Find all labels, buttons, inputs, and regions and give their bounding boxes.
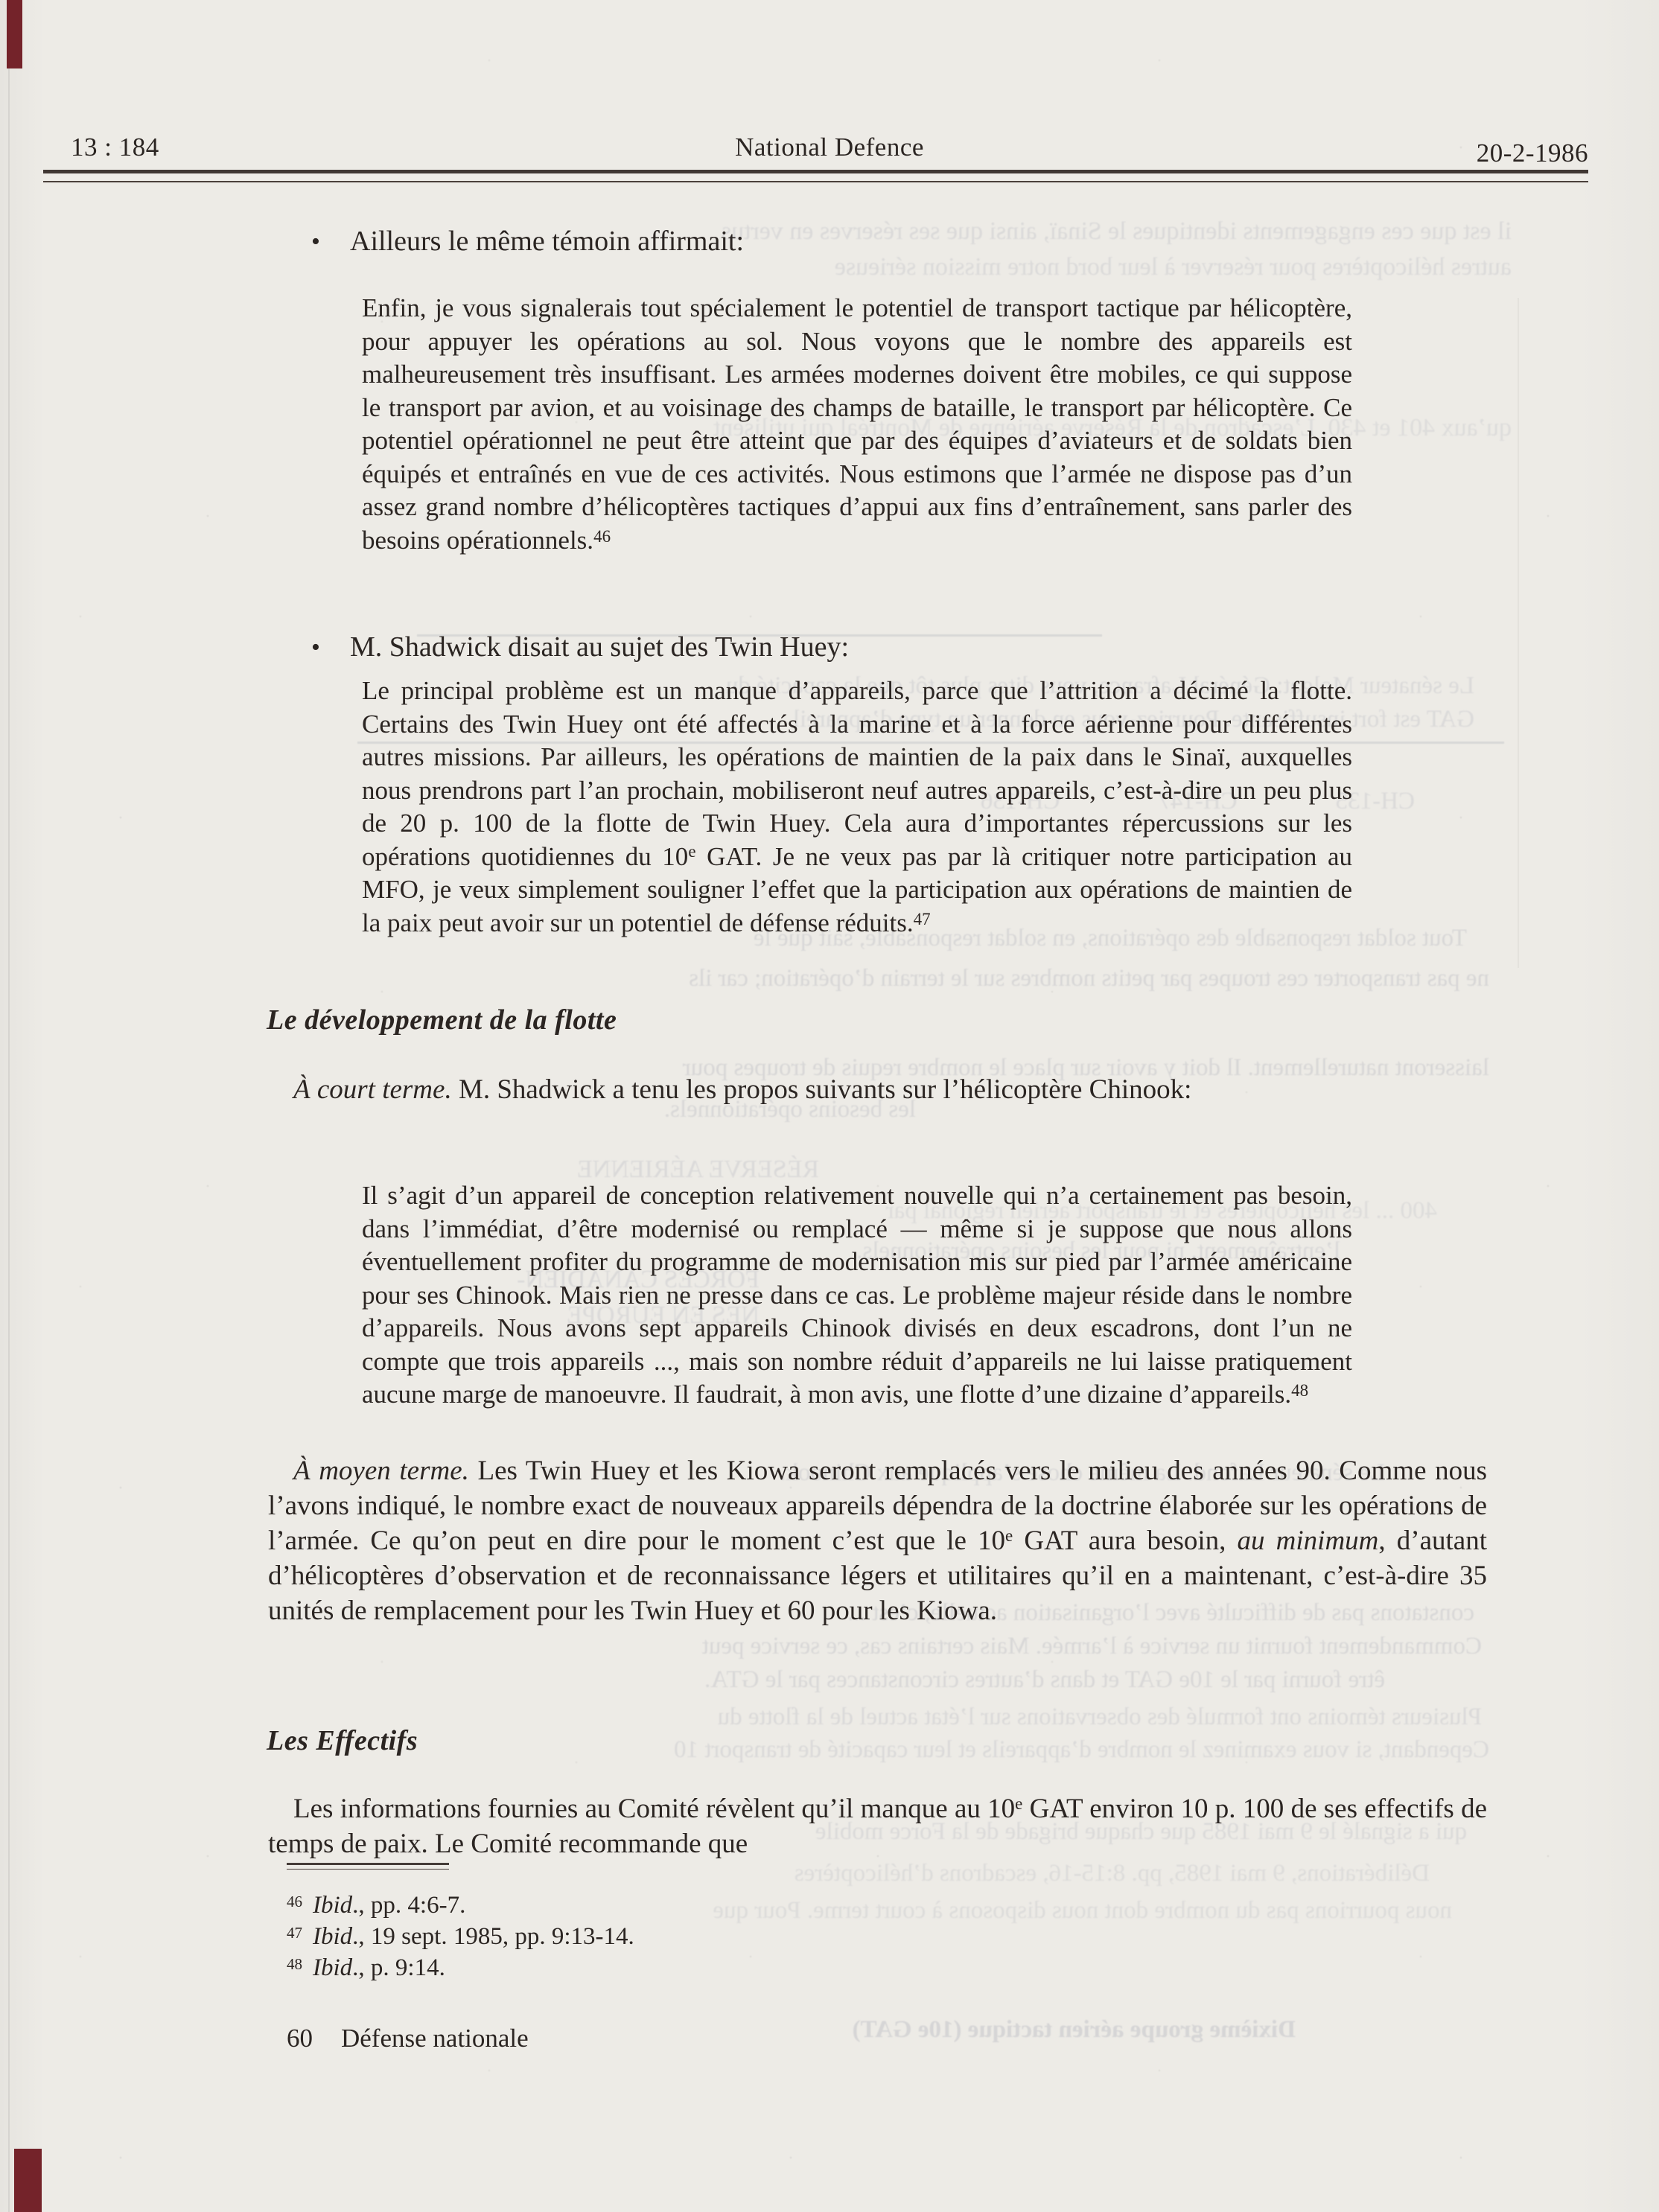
paper-crease [1518, 298, 1519, 968]
footnote-48: 48Ibid., p. 9:14. [287, 1949, 1478, 1983]
footnote-number: 47 [287, 1924, 302, 1942]
footer-title: Défense nationale [341, 2024, 529, 2053]
bullet-dot: • [311, 224, 350, 260]
footnote-number: 46 [287, 1893, 302, 1910]
header-title: National Defence [0, 133, 1659, 162]
bullet-item-2: •M. Shadwick disait au sujet des Twin Hu… [311, 629, 1488, 666]
footnote-ref-48: 48 [1291, 1381, 1308, 1400]
paragraph-lead-italic: À moyen terme. [293, 1456, 469, 1486]
blockquote-2: Le principal problème est un manque d’ap… [362, 675, 1352, 940]
paragraph-lead-italic: À court terme. [293, 1074, 452, 1105]
bleedthrough-text: Dixième groupe aérien tactique (10e GAT) [477, 2016, 1296, 2044]
bleedthrough-text: être fourni par le 10e GAT et dans d’aut… [328, 1666, 1385, 1694]
ordinal-sup: e [688, 842, 695, 861]
blockquote-3: Il s’agit d’un appareil de conception re… [362, 1179, 1352, 1412]
header-date: 20-2-1986 [1477, 138, 1588, 168]
ordinal-sup: e [1015, 1794, 1022, 1813]
red-corner-mark-top [7, 0, 22, 68]
page-footer: 60Défense nationale [287, 2024, 529, 2053]
footnote-46: 46Ibid., pp. 4:6-7. [287, 1887, 1478, 1920]
bullet-item-1: •Ailleurs le même témoin affirmait: [311, 223, 1488, 260]
footnote-ref-46: 46 [593, 527, 611, 546]
paper-edge-shadow [8, 0, 10, 2212]
paragraph-text: M. Shadwick a tenu les propos suivants s… [452, 1074, 1192, 1105]
bleedthrough-text: ne pas transporter ces troupes par petit… [320, 965, 1489, 992]
header-rule [43, 170, 1588, 182]
blockquote-1: Enfin, je vous signalerais tout spéciale… [362, 292, 1352, 557]
ordinal-sup: e [1005, 1526, 1013, 1545]
footnote-citation: ., 19 sept. 1985, pp. 9:13-14. [352, 1923, 634, 1950]
footnote-work-italic: Ibid [313, 1892, 352, 1919]
bleedthrough-text: Commandement fournit un service à l’armé… [328, 1633, 1482, 1660]
scanned-document-page: il est que ces engagements identiques le… [0, 0, 1659, 2212]
footnote-citation: ., pp. 4:6-7. [352, 1892, 465, 1919]
red-corner-mark-bottom [14, 2149, 42, 2212]
paragraph-short-term: À court terme. M. Shadwick a tenu les pr… [268, 1072, 1487, 1107]
footnote-number: 48 [287, 1955, 302, 1973]
inline-italic-au-minimum: au minimum [1238, 1526, 1379, 1556]
footnote-work-italic: Ibid [313, 1923, 352, 1950]
paragraph-committee-info: Les informations fournies au Comité révè… [268, 1791, 1487, 1861]
footnote-47: 47Ibid., 19 sept. 1985, pp. 9:13-14. [287, 1918, 1478, 1951]
footnote-citation: ., p. 9:14. [352, 1954, 445, 1981]
page-number: 60 [287, 2024, 313, 2053]
section-heading-personnel: Les Effectifs [267, 1724, 1160, 1757]
bleedthrough-text: Délibérations, 9 mai 1985, pp. 8:15-16, … [328, 1860, 1430, 1887]
paragraph-text-2: GAT aura besoin, [1013, 1526, 1237, 1556]
quote-1-text: Enfin, je vous signalerais tout spéciale… [362, 293, 1352, 555]
bullet-2-label: M. Shadwick disait au sujet des Twin Hue… [350, 631, 849, 663]
footnote-work-italic: Ibid [313, 1954, 352, 1981]
quote-3-text: Il s’agit d’un appareil de conception re… [362, 1181, 1352, 1409]
footnote-ref-47: 47 [914, 910, 931, 928]
bullet-1-label: Ailleurs le même témoin affirmait: [350, 226, 744, 257]
paragraph-text-1: Les informations fournies au Comité révè… [293, 1794, 1015, 1824]
paragraph-medium-term: À moyen terme. Les Twin Huey et les Kiow… [268, 1453, 1487, 1628]
footnote-separator-rule [287, 1863, 449, 1870]
bullet-dot: • [311, 630, 350, 666]
section-heading-fleet-development: Le développement de la flotte [267, 1004, 1160, 1036]
